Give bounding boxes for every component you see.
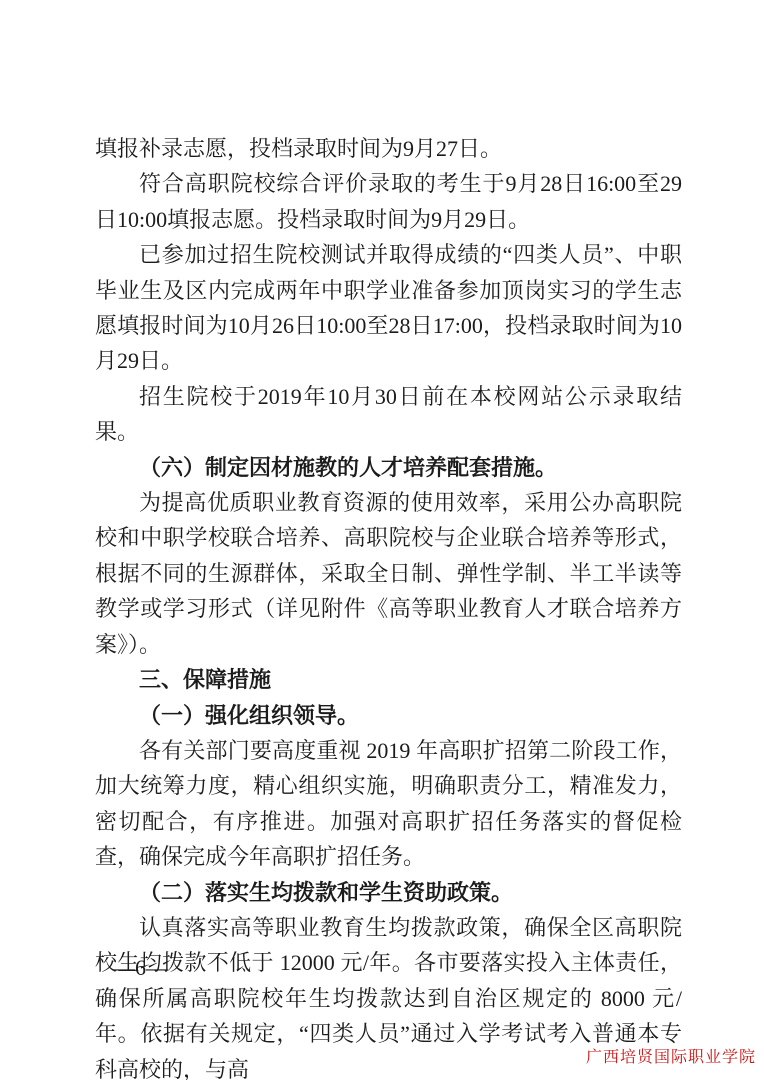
section-heading-3: 三、保障措施 bbox=[95, 662, 682, 697]
paragraph: 招生院校于2019年10月30日前在本校网站公示录取结果。 bbox=[95, 379, 682, 450]
page-number: —6— bbox=[113, 955, 168, 981]
paragraph-continuation: 填报补录志愿，投档录取时间为9月27日。 bbox=[95, 131, 682, 166]
document-page: 填报补录志愿，投档录取时间为9月27日。 符合高职院校综合评价录取的考生于9月2… bbox=[0, 0, 764, 1080]
document-body: 填报补录志愿，投档录取时间为9月27日。 符合高职院校综合评价录取的考生于9月2… bbox=[95, 131, 682, 1080]
subheading-item-6: （六）制定因材施教的人才培养配套措施。 bbox=[95, 450, 682, 485]
subheading-item-1: （一）强化组织领导。 bbox=[95, 698, 682, 733]
paragraph: 为提高优质职业教育资源的使用效率，采用公办高职院校和中职学校联合培养、高职院校与… bbox=[95, 485, 682, 662]
paragraph: 已参加过招生院校测试并取得成绩的“四类人员”、中职毕业生及区内完成两年中职学业准… bbox=[95, 237, 682, 379]
subheading-item-2: （二）落实生均拨款和学生资助政策。 bbox=[95, 875, 682, 910]
paragraph: 各有关部门要高度重视 2019 年高职扩招第二阶段工作，加大统筹力度，精心组织实… bbox=[95, 733, 682, 875]
paragraph: 符合高职院校综合评价录取的考生于9月28日16:00至29日10:00填报志愿。… bbox=[95, 166, 682, 237]
watermark-school-name: 广西培贤国际职业学院 bbox=[586, 1044, 756, 1067]
